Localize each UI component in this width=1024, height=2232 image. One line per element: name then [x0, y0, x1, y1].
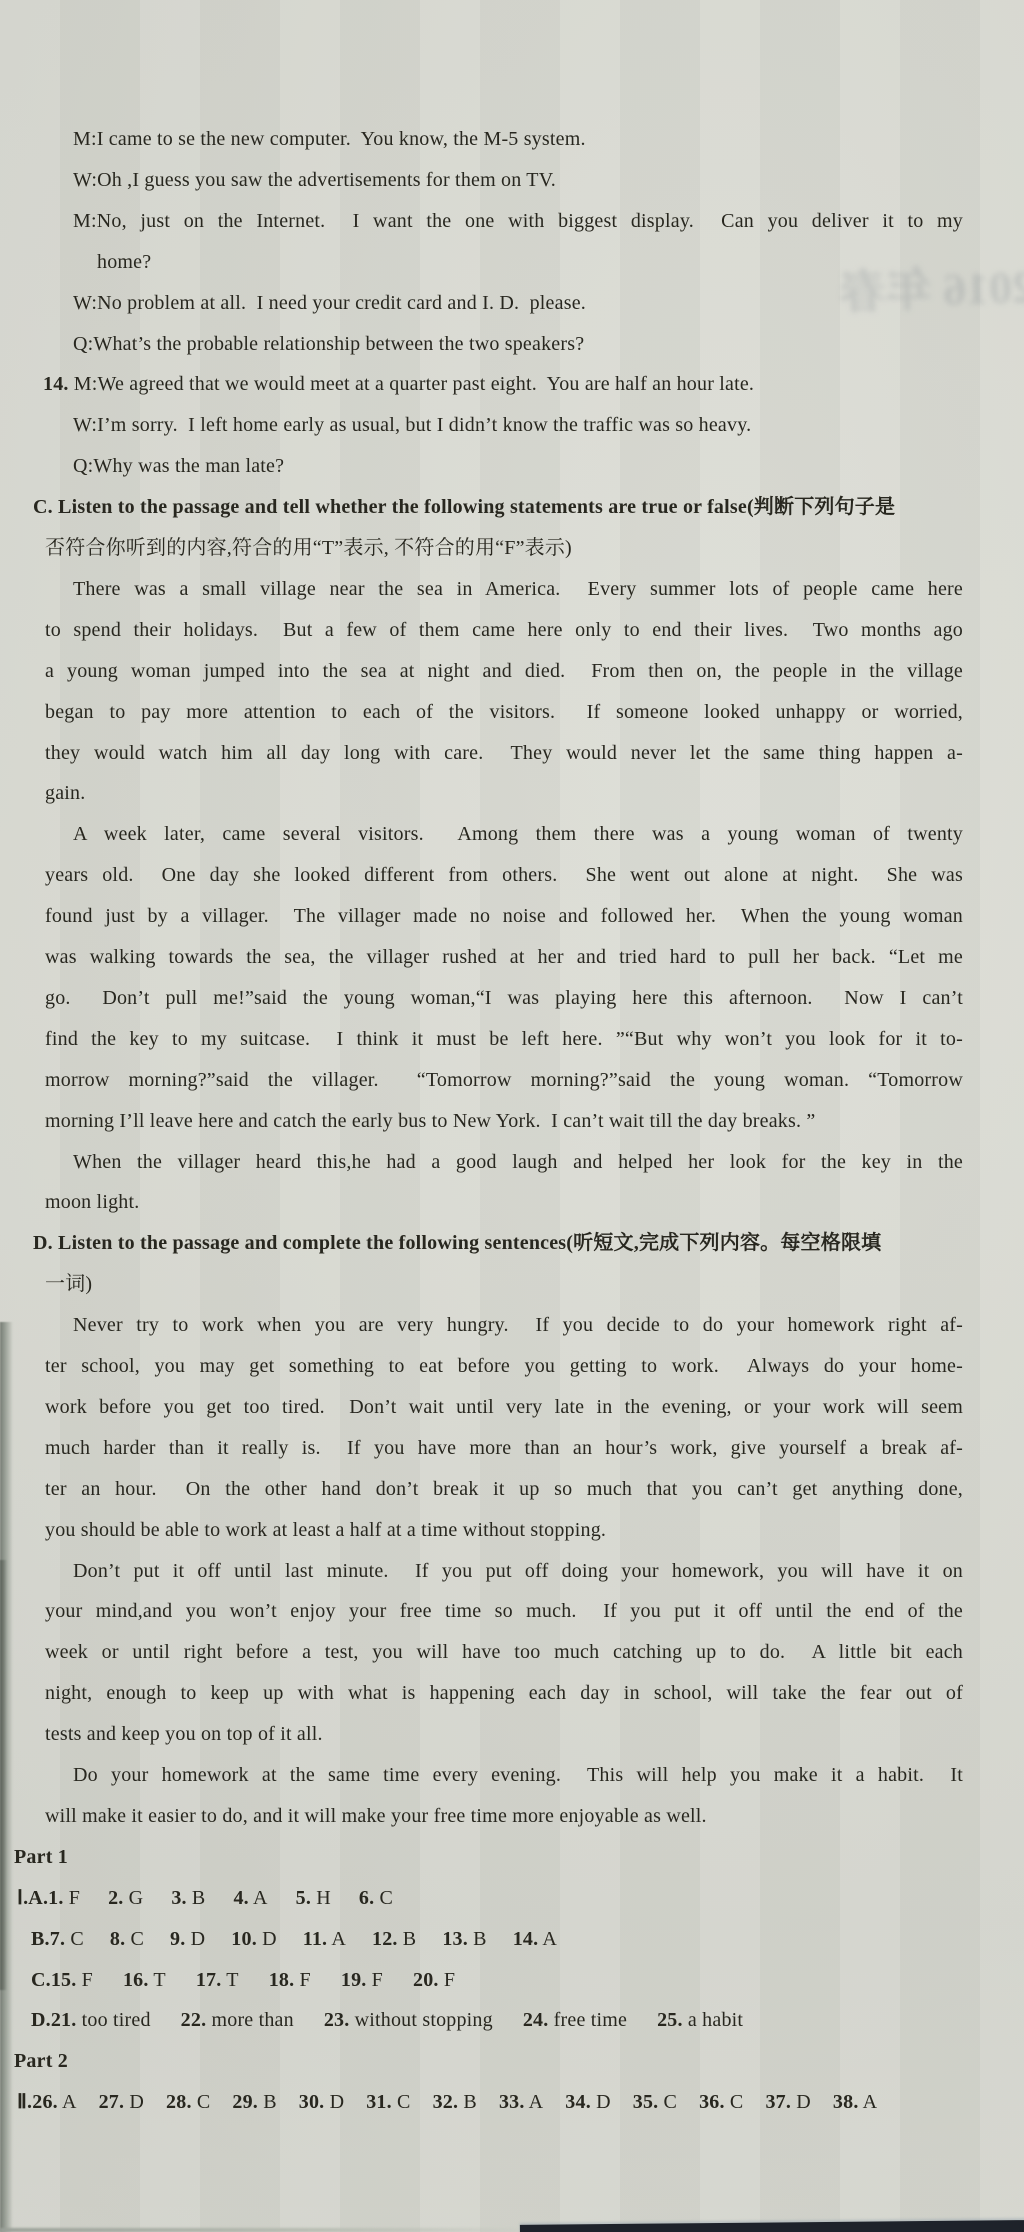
- answer-line: Ⅱ.26. A27. D28. C29. B30. D31. C32. B33.…: [17, 2082, 899, 2123]
- text-line: week or until right before a test, you w…: [45, 1632, 963, 1673]
- answer-item: 30. D: [299, 2082, 344, 2123]
- text-line: Q:Why was the man late?: [73, 446, 284, 487]
- answer-line: B.7. C8. C9. D10. D11. A12. B13. B14. A: [31, 1919, 583, 1960]
- answer-line: C.15. F16. T17. T18. F19. F20. F: [31, 1960, 485, 2001]
- text-line: moon light.: [45, 1182, 139, 1223]
- text-line: began to pay more attention to each of t…: [45, 692, 963, 733]
- answer-item: 37. D: [765, 2082, 810, 2123]
- answer-item: 17. T: [196, 1960, 239, 2001]
- answer-item: 34. D: [565, 2082, 610, 2123]
- text-line: was walking towards the sea, the village…: [45, 937, 963, 978]
- answer-item: 16. T: [123, 1960, 166, 2001]
- answer-item: 12. B: [372, 1919, 416, 1960]
- text-line: Part 1: [14, 1837, 68, 1878]
- text-line: D. Listen to the passage and complete th…: [33, 1223, 881, 1264]
- answer-item: Ⅱ.26. A: [17, 2082, 77, 2123]
- answer-item: 10. D: [231, 1919, 276, 1960]
- text-line: they would watch him all day long with c…: [45, 733, 963, 774]
- answer-item: B.7. C: [31, 1919, 84, 1960]
- text-line: Don’t put it off until last minute. If y…: [73, 1551, 963, 1592]
- answer-item: 23. without stopping: [324, 2000, 493, 2041]
- text-line: gain.: [45, 773, 85, 814]
- answer-item: 27. D: [99, 2082, 144, 2123]
- answer-item: 28. C: [166, 2082, 210, 2123]
- answer-item: 18. F: [269, 1960, 311, 2001]
- answer-line: D.21. too tired22. more than23. without …: [31, 2000, 773, 2041]
- text-line: years old. One day she looked different …: [45, 855, 963, 896]
- answer-item: 8. C: [110, 1919, 144, 1960]
- text-line: find the key to my suitcase. I think it …: [45, 1019, 963, 1060]
- answer-item: Ⅰ.A.1. F: [17, 1878, 80, 1919]
- answer-item: D.21. too tired: [31, 2000, 151, 2041]
- text-line: a young woman jumped into the sea at nig…: [45, 651, 963, 692]
- text-line: to spend their holidays. But a few of th…: [45, 610, 963, 651]
- text-line: ter school, you may get something to eat…: [45, 1346, 963, 1387]
- text-line: W:I’m sorry. I left home early as usual,…: [73, 405, 751, 446]
- text-line: morrow morning?”said the villager. “Tomo…: [45, 1060, 963, 1101]
- text-line: will make it easier to do, and it will m…: [45, 1796, 707, 1837]
- text-line: M:No, just on the Internet. I want the o…: [73, 201, 963, 242]
- answer-item: 33. A: [499, 2082, 543, 2123]
- answer-item: 22. more than: [181, 2000, 294, 2041]
- text-line: go. Don’t pull me!”said the young woman,…: [45, 978, 963, 1019]
- scanned-answer-page: { "page": { "background": "#d7d8d0", "in…: [0, 0, 1024, 2232]
- answer-item: 29. B: [232, 2082, 276, 2123]
- text-line: found just by a villager. The villager m…: [45, 896, 963, 937]
- answer-item: 4. A: [233, 1878, 267, 1919]
- answer-item: 19. F: [341, 1960, 383, 2001]
- answer-item: 5. H: [296, 1878, 331, 1919]
- answer-item: 13. B: [442, 1919, 486, 1960]
- text-line: you should be able to work at least a ha…: [45, 1510, 606, 1551]
- page-edge-left-dark: [0, 1560, 7, 1990]
- answer-item: 32. B: [433, 2082, 477, 2123]
- text-line: your mind,and you won’t enjoy your free …: [45, 1591, 963, 1632]
- text-line: tests and keep you on top of it all.: [45, 1714, 323, 1755]
- text-line: W:Oh ,I guess you saw the advertisements…: [73, 160, 556, 201]
- text-line: ter an hour. On the other hand don’t bre…: [45, 1469, 963, 1510]
- answer-item: 36. C: [699, 2082, 743, 2123]
- text-line: W:No problem at all. I need your credit …: [73, 283, 586, 324]
- text-line: C. Listen to the passage and tell whethe…: [33, 487, 895, 528]
- text-line: morning I’ll leave here and catch the ea…: [45, 1101, 815, 1142]
- bleed-through-text: 2016 年春: [734, 250, 1024, 326]
- answer-item: 14. A: [513, 1919, 557, 1960]
- answer-item: 25. a habit: [657, 2000, 743, 2041]
- answer-item: 14. M:We agreed that we would meet at a …: [43, 364, 754, 405]
- text-line: Part 2: [14, 2041, 68, 2082]
- text-line: work before you get too tired. Don’t wai…: [45, 1387, 963, 1428]
- answer-item: 6. C: [359, 1878, 393, 1919]
- text-line: Never try to work when you are very hung…: [73, 1305, 963, 1346]
- answer-item: 3. B: [171, 1878, 205, 1919]
- text-line: A week later, came several visitors. Amo…: [73, 814, 963, 855]
- text-line: There was a small village near the sea i…: [73, 569, 963, 610]
- answer-item: 24. free time: [523, 2000, 627, 2041]
- answer-item: C.15. F: [31, 1960, 93, 2001]
- text-line: 否符合你听到的内容,符合的用“T”表示, 不符合的用“F”表示): [45, 528, 572, 569]
- text-line: When the villager heard this,he had a go…: [73, 1142, 963, 1183]
- answer-line: 14. M:We agreed that we would meet at a …: [43, 364, 754, 405]
- answer-item: 20. F: [413, 1960, 455, 2001]
- text-line: 一词): [45, 1264, 92, 1305]
- text-line: much harder than it really is. If you ha…: [45, 1428, 963, 1469]
- text-line: Q:What’s the probable relationship betwe…: [73, 324, 584, 365]
- text-line: home?: [97, 242, 151, 283]
- text-line: M:I came to se the new computer. You kno…: [73, 119, 586, 160]
- page-edge-bottom: [520, 2220, 1024, 2232]
- answer-item: 38. A: [833, 2082, 877, 2123]
- answer-line: Ⅰ.A.1. F2. G3. B4. A5. H6. C: [17, 1878, 421, 1919]
- text-line: Do your homework at the same time every …: [73, 1755, 963, 1796]
- answer-item: 2. G: [108, 1878, 143, 1919]
- text-line: night, enough to keep up with what is ha…: [45, 1673, 963, 1714]
- answer-item: 31. C: [366, 2082, 410, 2123]
- page-edge-bottom-shadow: [0, 2228, 540, 2232]
- answer-item: 35. C: [633, 2082, 677, 2123]
- answer-item: 9. D: [170, 1919, 205, 1960]
- answer-item: 11. A: [303, 1919, 346, 1960]
